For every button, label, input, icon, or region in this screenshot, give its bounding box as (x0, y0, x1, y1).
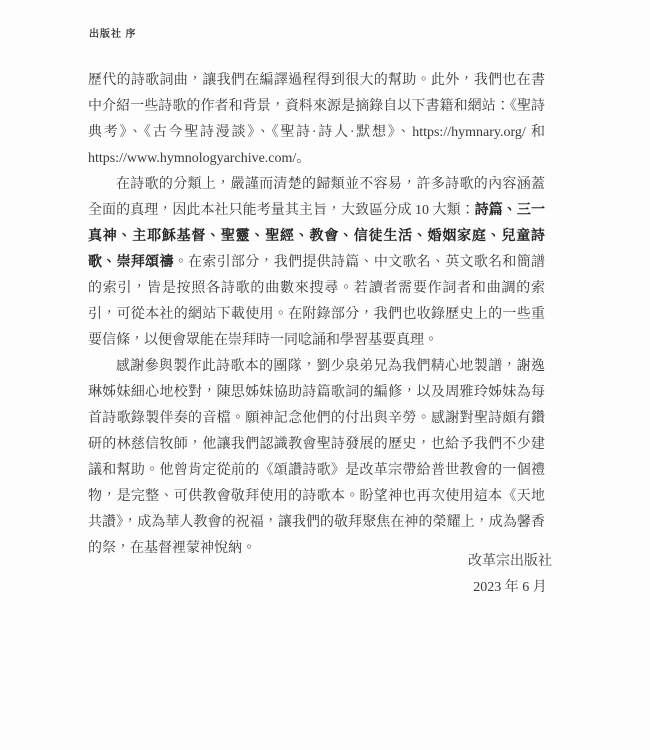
paragraph: 感謝參與製作此詩歌本的團隊，劉少泉弟兄為我們精心地製譜，謝逸琳姊妹細心地校對，陳… (88, 354, 545, 562)
signature-date: 2023 年 6 月 (468, 575, 552, 601)
paragraph-text: 感謝參與製作此詩歌本的團隊，劉少泉弟兄為我們精心地製譜，謝逸琳姊妹細心地校對，陳… (88, 359, 545, 556)
book-page: 出版社 序 歷代的詩歌詞曲，讓我們在編譯過程得到很大的幫助。此外，我們也在書中介… (0, 0, 650, 750)
running-header: 出版社 序 (89, 25, 137, 40)
paragraph-text: 歷代的詩歌詞曲，讓我們在編譯過程得到很大的幫助。此外，我們也在書中介紹一些詩歌的… (88, 73, 545, 166)
signature-block: 改革宗出版社 2023 年 6 月 (468, 549, 552, 601)
preface-body: 歷代的詩歌詞曲，讓我們在編譯過程得到很大的幫助。此外，我們也在書中介紹一些詩歌的… (88, 68, 545, 562)
publisher-name: 改革宗出版社 (468, 549, 552, 575)
paragraph: 在詩歌的分類上，嚴謹而清楚的歸類並不容易，許多詩歌的內容涵蓋全面的真理，因此本社… (88, 172, 545, 354)
paragraph: 歷代的詩歌詞曲，讓我們在編譯過程得到很大的幫助。此外，我們也在書中介紹一些詩歌的… (88, 68, 545, 172)
